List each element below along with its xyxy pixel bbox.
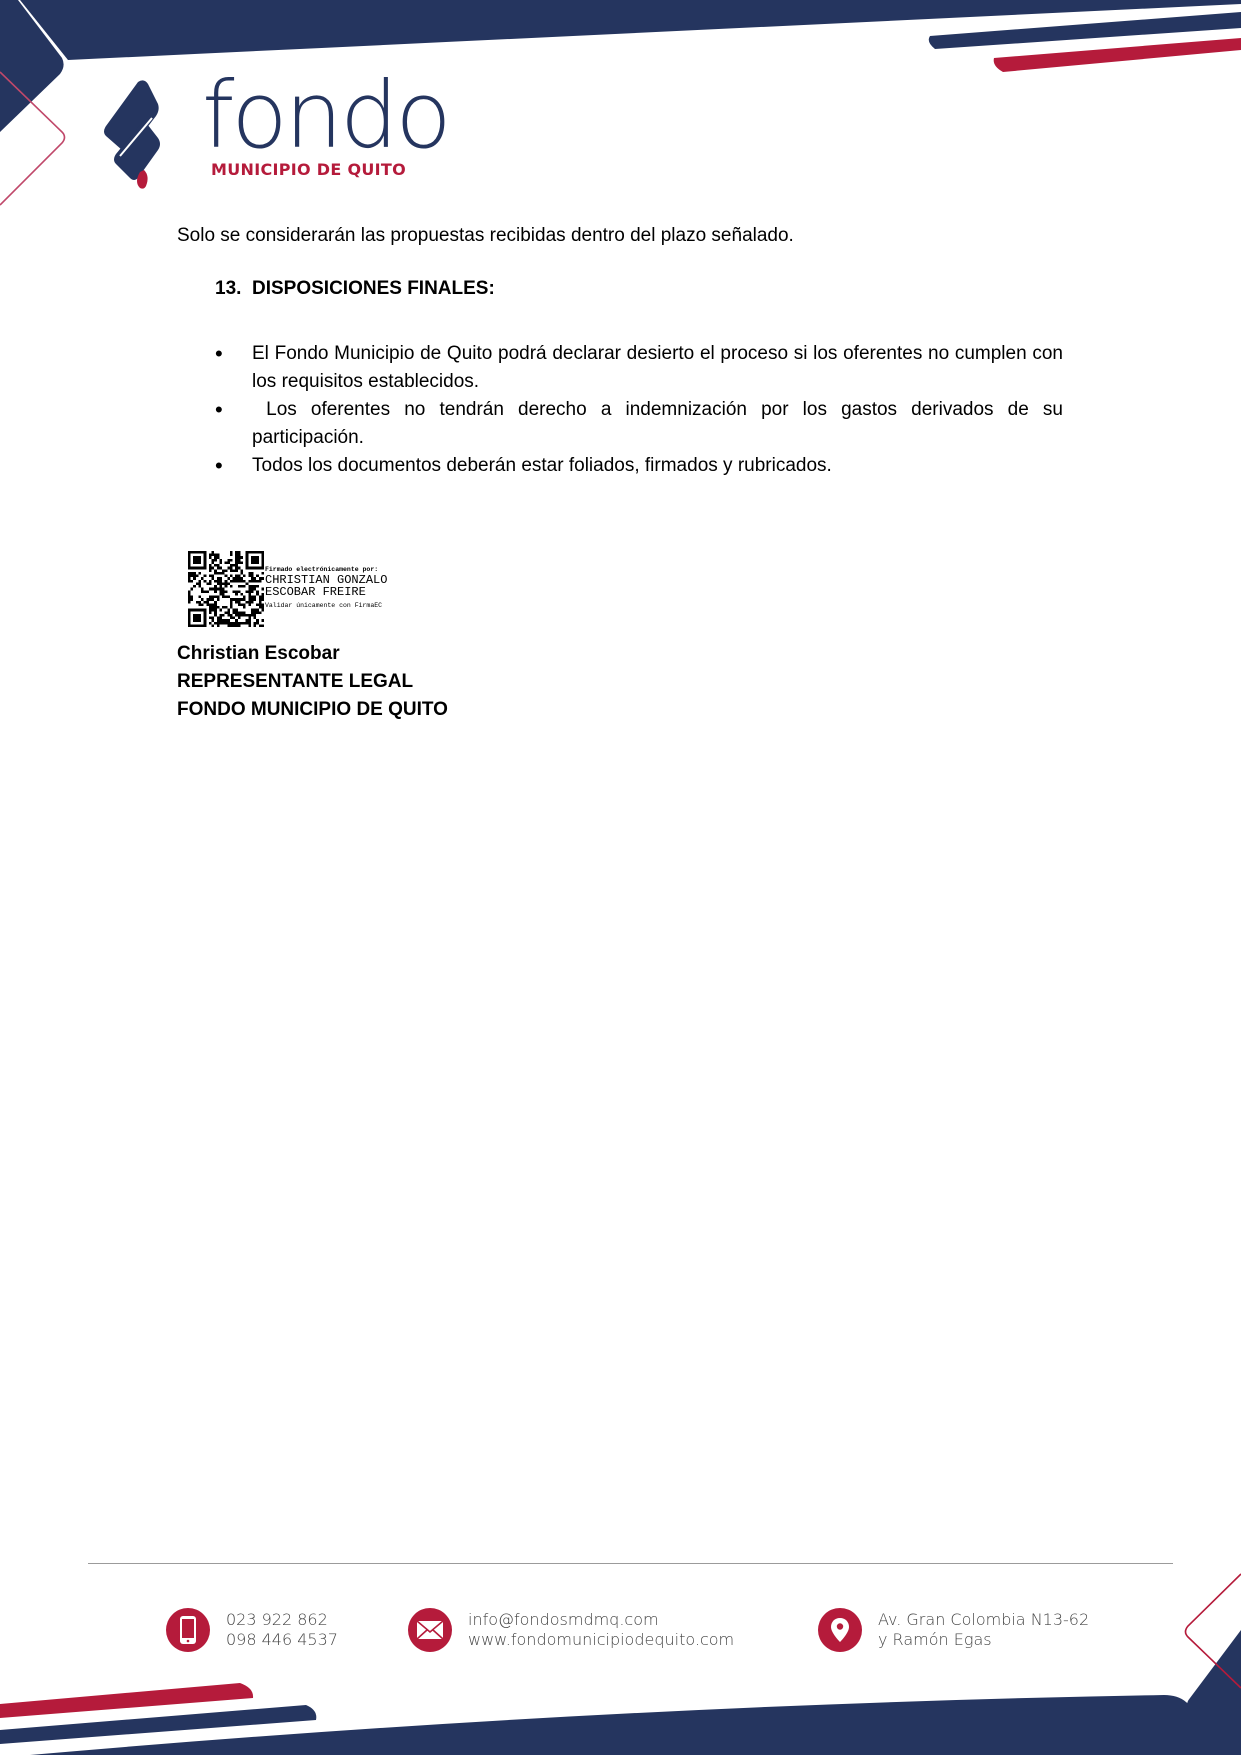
website-link[interactable]: www.fondomunicipiodequito.com [468,1630,734,1650]
signature-name-line2: ESCOBAR FREIRE [265,586,387,598]
page-decoration [0,0,1241,1755]
phone-number-2: 098 446 4537 [226,1630,338,1650]
final-provisions-list: El Fondo Municipio de Quito podrá declar… [215,340,1063,480]
envelope-icon [408,1608,452,1652]
signature-name-line1: CHRISTIAN GONZALO [265,574,387,586]
footer-divider [88,1563,1173,1564]
footer-right-diamond [1187,1630,1241,1755]
list-item: El Fondo Municipio de Quito podrá declar… [215,340,1063,396]
address-line-2: y Ramón Egas [878,1630,1089,1650]
header-left-diamond [0,0,64,132]
signature-text: Firmado electrónicamente por: CHRISTIAN … [265,567,387,609]
footer-red-stripe [0,1683,253,1718]
address-line-1: Av. Gran Colombia N13-62 [878,1610,1089,1630]
mobile-phone-icon [166,1608,210,1652]
footer-navy-band [30,1695,1241,1755]
footer-phone: 023 922 862 098 446 4537 [166,1607,338,1653]
fondo-logo: fondo MUNICIPIO DE QUITO [100,78,430,198]
header-navy-stripe [929,12,1241,49]
intro-paragraph: Solo se considerarán las propuestas reci… [177,222,1063,250]
section-number: 13. [215,278,252,300]
signer-organization: FONDO MUNICIPIO DE QUITO [177,696,448,724]
location-pin-icon [818,1608,862,1652]
list-item: Todos los documentos deberán estar folia… [215,452,1063,480]
section-title: DISPOSICIONES FINALES: [252,278,495,299]
logo-mark-icon [100,78,180,198]
footer-email: info@fondosmdmq.com www.fondomunicipiode… [408,1607,734,1653]
header-left-red-outline [0,72,65,205]
phone-number-1: 023 922 862 [226,1610,338,1630]
signer-name: Christian Escobar [177,640,448,668]
signer-block: Christian Escobar REPRESENTANTE LEGAL FO… [177,640,448,724]
header-red-stripe [994,38,1241,72]
signature-validate-note: Validar únicamente con FirmaEC [265,603,387,610]
footer-navy-stripe [0,1705,316,1744]
logo-subtitle: MUNICIPIO DE QUITO [211,160,406,179]
signer-role: REPRESENTANTE LEGAL [177,668,448,696]
header-navy-band [20,0,1241,60]
logo-wordmark: fondo [202,70,449,162]
list-item: Los oferentes no tendrán derecho a indem… [215,396,1063,452]
footer-address: Av. Gran Colombia N13-62 y Ramón Egas [818,1607,1089,1653]
footer-right-red-outline [1186,1574,1241,1688]
electronic-signature: Firmado electrónicamente por: CHRISTIAN … [188,551,448,629]
qr-code-icon [188,551,264,627]
section-heading: 13.DISPOSICIONES FINALES: [215,278,495,300]
email-address[interactable]: info@fondosmdmq.com [468,1610,734,1630]
